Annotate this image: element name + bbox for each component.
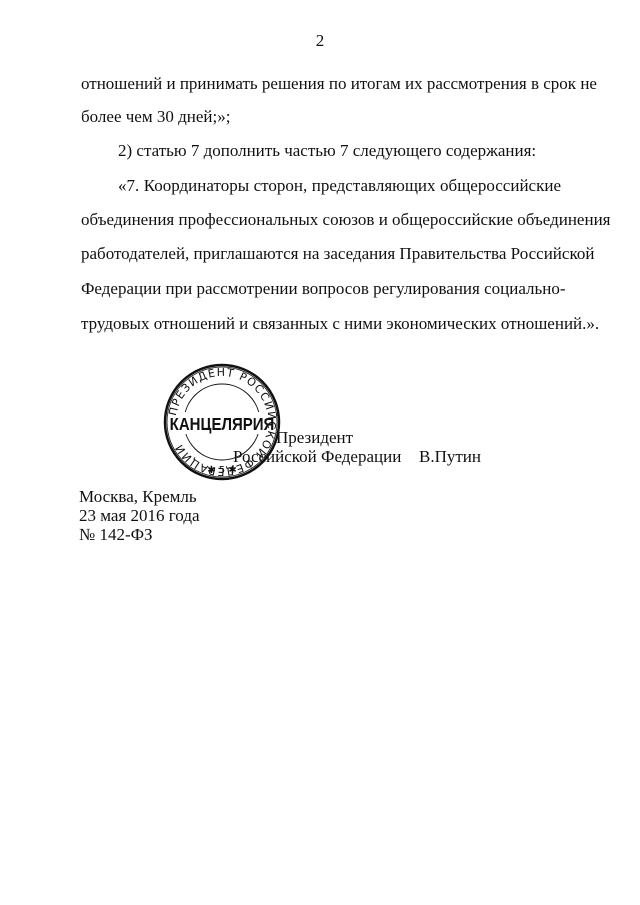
- date: 23 мая 2016 года: [79, 506, 200, 525]
- text-line: более чем 30 дней;»;: [81, 107, 561, 127]
- text-line: 2) статью 7 дополнить частью 7 следующег…: [118, 141, 536, 161]
- text-line: трудовых отношений и связанных с ними эк…: [81, 314, 561, 334]
- text-line: «7. Координаторы сторон, представляющих …: [118, 176, 561, 196]
- svg-text:КАНЦЕЛЯРИЯ: КАНЦЕЛЯРИЯ: [170, 415, 275, 434]
- svg-text:✱ 5 ✱: ✱ 5 ✱: [207, 465, 236, 476]
- signature-name: В.Путин: [419, 447, 481, 467]
- text-line: объединения профессиональных союзов и об…: [81, 210, 561, 230]
- law-number: № 142-ФЗ: [79, 525, 153, 544]
- office-stamp: ПРЕЗИДЕНТ РОССИЙСКОЙ ФЕДЕРАЦИИ КАНЦЕЛЯРИ…: [162, 362, 282, 482]
- text-line: отношений и принимать решения по итогам …: [81, 74, 561, 94]
- stamp-seal-icon: ПРЕЗИДЕНТ РОССИЙСКОЙ ФЕДЕРАЦИИ КАНЦЕЛЯРИ…: [162, 362, 282, 482]
- signature-title-1: Президент: [276, 428, 353, 448]
- place: Москва, Кремль: [79, 487, 197, 506]
- page-number: 2: [0, 31, 640, 51]
- text-line: работодателей, приглашаются на заседания…: [81, 244, 561, 264]
- text-line: Федерации при рассмотрении вопросов регу…: [81, 279, 561, 299]
